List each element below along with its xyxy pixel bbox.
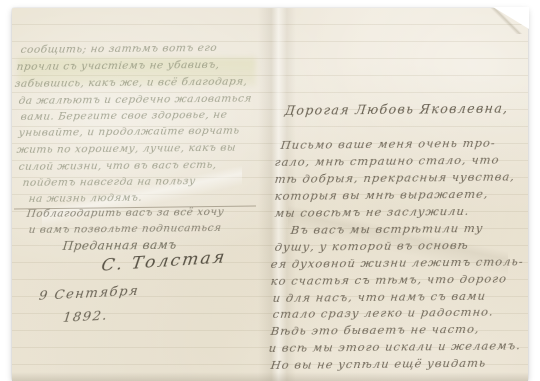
handwriting-line: ея духовной жизни лежитъ столь- (270, 254, 525, 271)
folded-corner (493, 7, 529, 29)
closing-line: Преданная вамъ (62, 238, 178, 253)
handwriting-line: стало сразу легко и радостно. (272, 305, 495, 321)
paper-bottom-shadow (12, 372, 528, 381)
handwriting-line: унывайте, и продолжайте ворчать (18, 125, 240, 139)
handwriting-line: на жизнь людямъ. (28, 192, 143, 205)
handwriting-line: вами. Берегите свое здоровье, не (20, 109, 228, 123)
handwriting-line: и всѣ мы этого искали и желаемъ. (268, 338, 522, 355)
handwriting-line: Но вы не успѣли ещё увидать (270, 356, 487, 372)
scanned-letter-photo: сообщить; но затѣмъ вотъ его прочли съ у… (0, 0, 540, 381)
handwriting-line: жить по хорошему, лучше, какъ вы (16, 142, 237, 156)
handwriting-line: которыя вы мнѣ выражаете, (274, 187, 489, 203)
handwriting-line: ко счастья съ тѣмъ, что дорого (270, 272, 508, 288)
handwriting-line: мы совсѣмъ не заслужили. (274, 204, 470, 220)
handwriting-line: да жалѣютъ и сердечно жаловаться (18, 93, 253, 107)
handwriting-line: душу, у которой въ основѣ (274, 238, 470, 254)
handwriting-line: гало, мнѣ страшно стало, что (274, 153, 500, 169)
salutation-line: Дорогая Любовь Яковлевна, (284, 101, 510, 118)
date-year: 1892. (62, 309, 109, 326)
postscript-line: Поблагодарить васъ за всё хочу (26, 206, 225, 220)
handwriting-line: пойдетъ навсегда на пользу (22, 175, 196, 189)
handwriting-line: и для насъ, что намъ съ вами (272, 289, 487, 305)
postscript-line: и вамъ позвольте подписаться (28, 222, 222, 236)
handwriting-line: Въ васъ мы встрѣтили ту (290, 221, 484, 237)
handwriting-line: тѣ добрыя, прекрасныя чувства, (274, 169, 516, 186)
handwriting-line: Письмо ваше меня очень тро- (280, 136, 497, 152)
letter-sheet: сообщить; но затѣмъ вотъ его прочли съ у… (12, 8, 528, 381)
handwriting-line: забывшись, какъ же, и всё благодаря, (14, 76, 248, 90)
handwriting-line: прочли съ участіемъ не убавивъ, (16, 59, 220, 73)
handwriting-line: сообщить; но затѣмъ вотъ его (20, 42, 218, 56)
handwriting-line: силой жизни, что въ васъ есть, (18, 159, 217, 173)
handwriting-line: Вѣдь это бываетъ не часто, (270, 322, 481, 338)
